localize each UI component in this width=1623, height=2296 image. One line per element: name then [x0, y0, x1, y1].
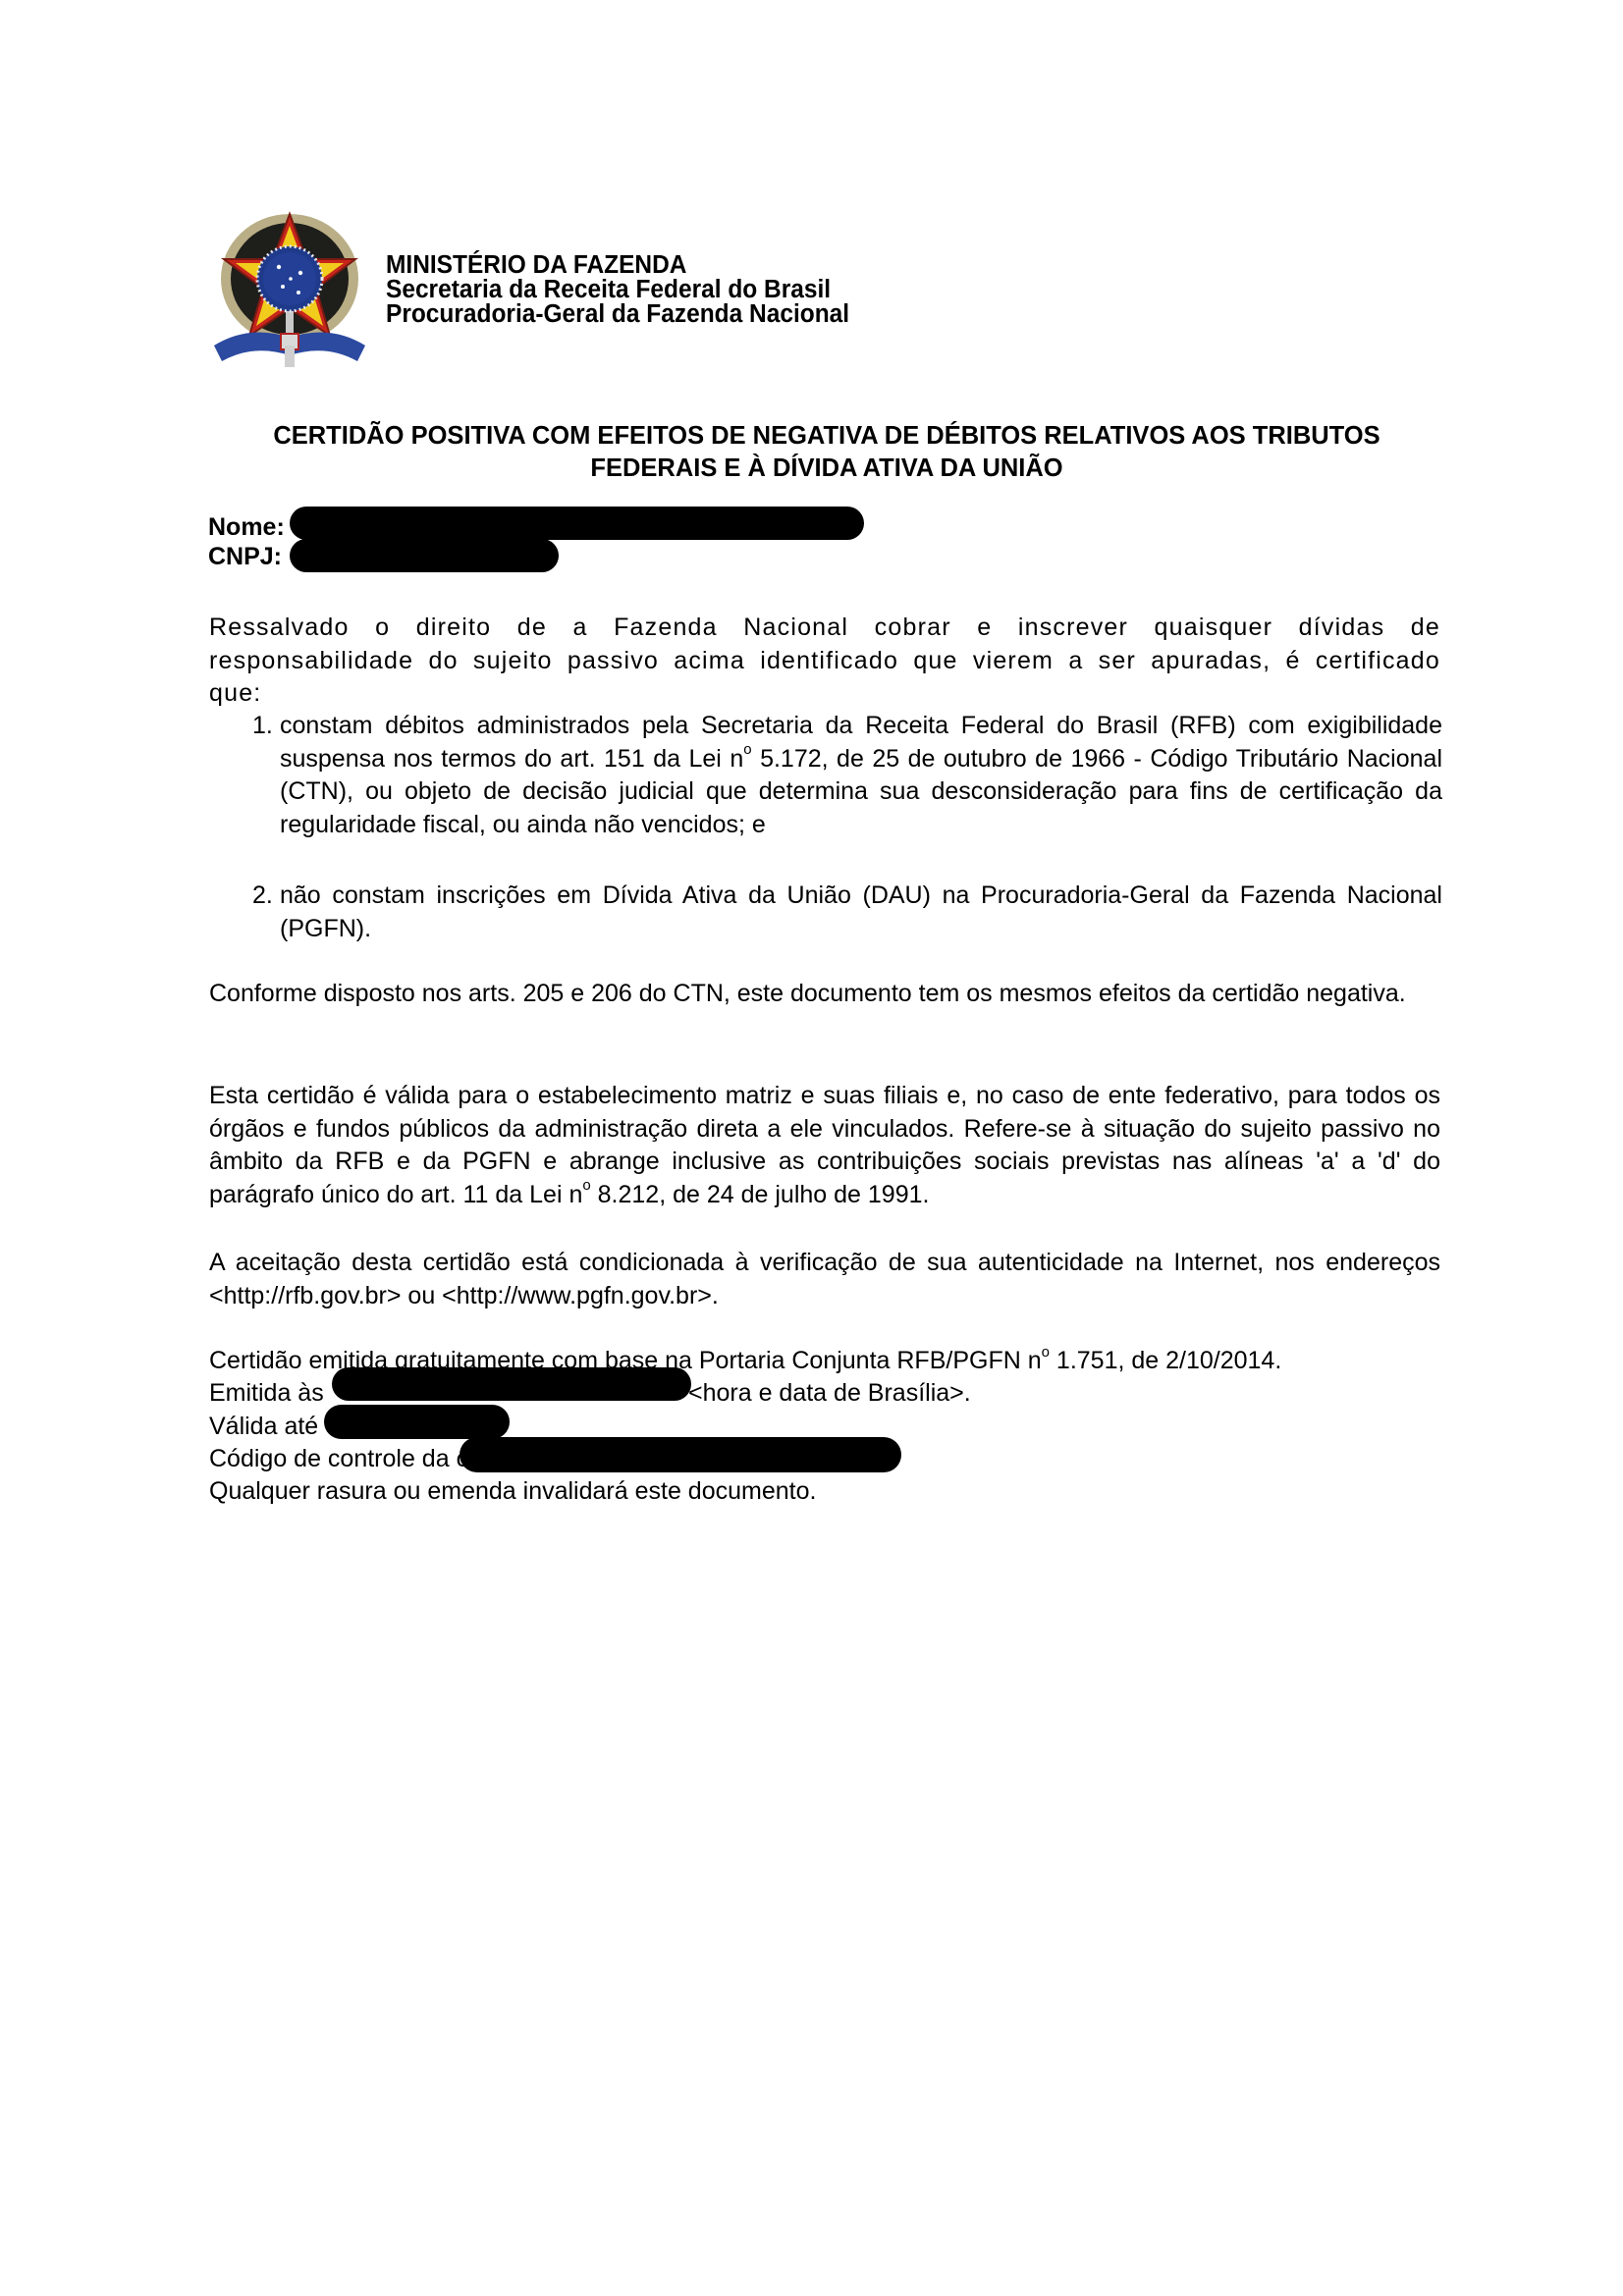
- name-redaction: [290, 507, 864, 540]
- ctn-effects-paragraph: Conforme disposto nos arts. 205 e 206 do…: [209, 978, 1440, 1011]
- secretariat-name: Secretaria da Receita Federal do Brasil: [386, 278, 849, 302]
- ctn-effects-text: Conforme disposto nos arts. 205 e 206 do…: [209, 980, 1406, 1007]
- issued-at-redaction: [332, 1367, 691, 1401]
- brazil-coat-of-arms-icon: [210, 208, 369, 370]
- authenticity-paragraph: A aceitação desta certidão está condicio…: [209, 1247, 1440, 1312]
- validity-scope-paragraph: Esta certidão é válida para o estabeleci…: [209, 1080, 1440, 1211]
- certificate-page: MINISTÉRIO DA FAZENDA Secretaria da Rece…: [0, 0, 1623, 2296]
- taxpayer-identification: Nome: CNPJ:: [208, 512, 285, 571]
- authenticity-text: A aceitação desta certidão está condicio…: [209, 1249, 1440, 1309]
- certification-item-2: 2. não constam inscrições em Dívida Ativ…: [252, 880, 1442, 945]
- intro-text: Ressalvado o direito de a Fazenda Nacion…: [209, 614, 1440, 707]
- issued-at-suffix: <hora e data de Brasília>.: [688, 1377, 971, 1410]
- cnpj-redaction: [290, 539, 559, 572]
- control-code-redaction: [460, 1437, 901, 1472]
- valid-until-redaction: [324, 1405, 510, 1439]
- document-title: CERTIDÃO POSITIVA COM EFEITOS DE NEGATIV…: [208, 420, 1445, 485]
- item-text: não constam inscrições em Dívida Ativa d…: [280, 880, 1442, 945]
- item-text: constam débitos administrados pela Secre…: [280, 710, 1442, 841]
- issuer-header: MINISTÉRIO DA FAZENDA Secretaria da Rece…: [386, 253, 869, 327]
- tamper-warning: Qualquer rasura ou emenda invalidará est…: [209, 1475, 1281, 1508]
- attorney-office-name: Procuradoria-Geral da Fazenda Nacional: [386, 302, 849, 327]
- title-line-1: CERTIDÃO POSITIVA COM EFEITOS DE NEGATIV…: [208, 420, 1445, 453]
- certification-item-1: 1. constam débitos administrados pela Se…: [252, 710, 1442, 841]
- title-line-2: FEDERAIS E À DÍVIDA ATIVA DA UNIÃO: [208, 453, 1445, 485]
- cnpj-label: CNPJ:: [208, 543, 282, 570]
- issued-at-label: Emitida às: [209, 1379, 324, 1407]
- item-number: 2.: [252, 880, 280, 913]
- ministry-name: MINISTÉRIO DA FAZENDA: [386, 253, 849, 278]
- item-number: 1.: [252, 710, 280, 743]
- name-label: Nome:: [208, 513, 285, 541]
- valid-until-label: Válida até: [209, 1413, 318, 1440]
- intro-paragraph: Ressalvado o direito de a Fazenda Nacion…: [209, 612, 1440, 711]
